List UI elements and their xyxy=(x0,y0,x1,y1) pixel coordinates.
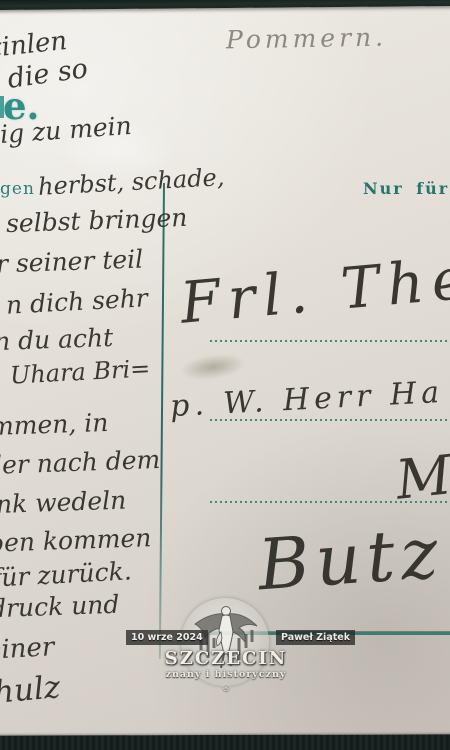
printed-right-header-fragment: Nur für xyxy=(363,179,449,198)
message-line: druck und xyxy=(0,590,120,623)
message-line: mmen, in xyxy=(0,408,109,441)
message-line: einer xyxy=(0,632,55,666)
photo-frame-bottom-edge xyxy=(0,734,450,750)
message-line: selbst bringen xyxy=(6,203,188,238)
printed-divider-line xyxy=(159,183,165,659)
message-line: für zurück. xyxy=(0,556,132,592)
address-line-place: Butz xyxy=(255,512,446,607)
address-line-care-of: p. W. Herr Ha xyxy=(169,375,445,424)
message-line: herbst, schade, xyxy=(37,163,225,201)
address-solid-line xyxy=(208,632,450,635)
message-line: ben kommen xyxy=(0,523,152,558)
postcard-photo: e. gen Nur für Pommern. zinlen r die so … xyxy=(0,0,450,750)
pencil-note: Pommern. xyxy=(226,23,388,55)
address-line-recipient: Frl. The xyxy=(178,245,450,336)
photo-frame-top-edge xyxy=(0,0,450,10)
watermark-subtitle: znany i historyczny xyxy=(160,669,292,680)
ink-smudge xyxy=(179,351,248,384)
message-line: Uhara Bri= xyxy=(9,354,151,389)
registered-trademark-icon: ® xyxy=(160,684,292,694)
address-line-town-initial: M xyxy=(393,443,450,511)
message-line: n dich sehr xyxy=(5,283,148,319)
message-line: hulz xyxy=(0,669,62,711)
watermark-logo-circle xyxy=(181,598,269,686)
message-line: r seiner teil xyxy=(0,244,144,278)
message-line: der nach dem xyxy=(0,445,161,480)
griffin-angel-emblem-icon xyxy=(181,598,269,686)
watermark-date-badge: 10 wrze 2024 xyxy=(126,630,208,645)
message-line: n du acht xyxy=(0,323,114,356)
printed-left-header-fragment: gen xyxy=(0,179,35,199)
message-line: rnk wedeln xyxy=(0,486,127,520)
address-dotted-line-1 xyxy=(210,340,450,342)
watermark-title: SZCZECIN xyxy=(160,648,292,669)
